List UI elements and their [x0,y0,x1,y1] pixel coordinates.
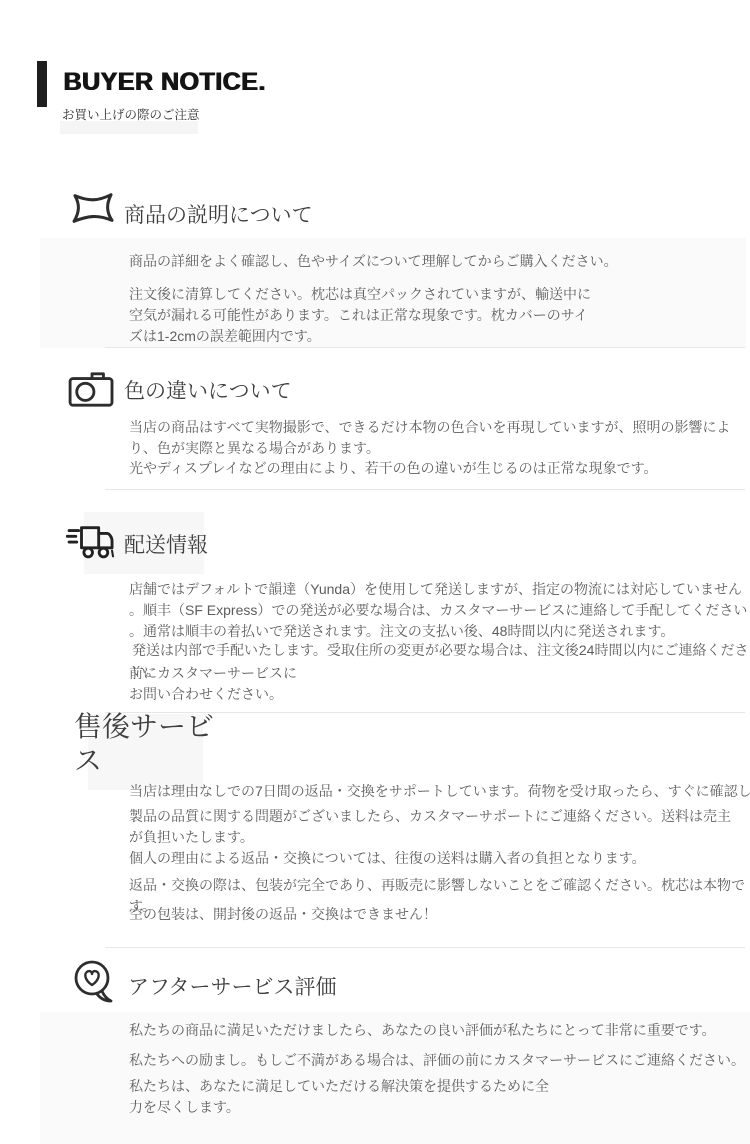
pillow-icon [70,189,116,227]
section-title-shipping-info: 配送情報 [124,529,208,559]
paragraph: 個人の理由による返品・交換については、往復の送料は購入者の負担となります。 [129,848,646,869]
section-title-after-sales: 售後サービ ス [74,710,214,778]
paragraph: 私たちの商品に満足いただけましたら、あなたの良い評価が私たちにとって非常に重要で… [129,1020,716,1041]
page-subtitle: お買い上げの際のご注意 [62,105,200,123]
paragraph: 製品の品質に関する問題がございましたら、カスタマーサポートにご連絡ください。送料… [129,806,731,848]
camera-icon [67,369,117,409]
paragraph: 私たちへの励まし。もしご不満がある場合は、評価の前にカスタマーサービスにご連絡く… [129,1050,745,1071]
paragraph: 商品の詳細をよく確認し、色やサイズについて理解してからご購入ください。 [129,251,618,272]
section-divider [105,489,745,490]
section-divider [105,947,745,948]
section-title-color-difference: 色の違いについて [124,375,292,405]
accent-bar [37,61,47,107]
paragraph: 前にカスタマーサービスに お問い合わせください。 [129,663,297,705]
section-title-product-description: 商品の説明について [124,199,313,229]
section-divider [105,347,745,348]
paragraph: 店舗ではデフォルトで韻達（Yunda）を使用して発送しますが、指定の物流には対応… [129,579,747,642]
paragraph: 光やディスプレイなどの理由により、若干の色の違いが生じるのは正常な現象です。 [129,458,658,479]
paragraph: 空の包装は、開封後の返品・交換はできません！ [129,904,437,925]
paragraph: 当店は理由なしでの7日間の返品・交換をサポートしています。荷物を受け取ったら、す… [129,781,750,802]
heart-bubble-icon [71,959,117,1005]
truck-icon [66,522,118,564]
section-title-service-review: アフターサービス評価 [128,971,337,1001]
paragraph: 私たちは、あなたに満足していただける解決策を提供するために全 力を尽くします。 [129,1076,549,1118]
page-title: BUYER NOTICE. [63,68,265,97]
paragraph: 注文後に清算してください。枕芯は真空パックされていますが、輸送中に 空気が漏れる… [129,284,591,347]
paragraph: 当店の商品はすべて実物撮影で、できるだけ本物の色合いを再現していますが、照明の影… [129,417,730,459]
